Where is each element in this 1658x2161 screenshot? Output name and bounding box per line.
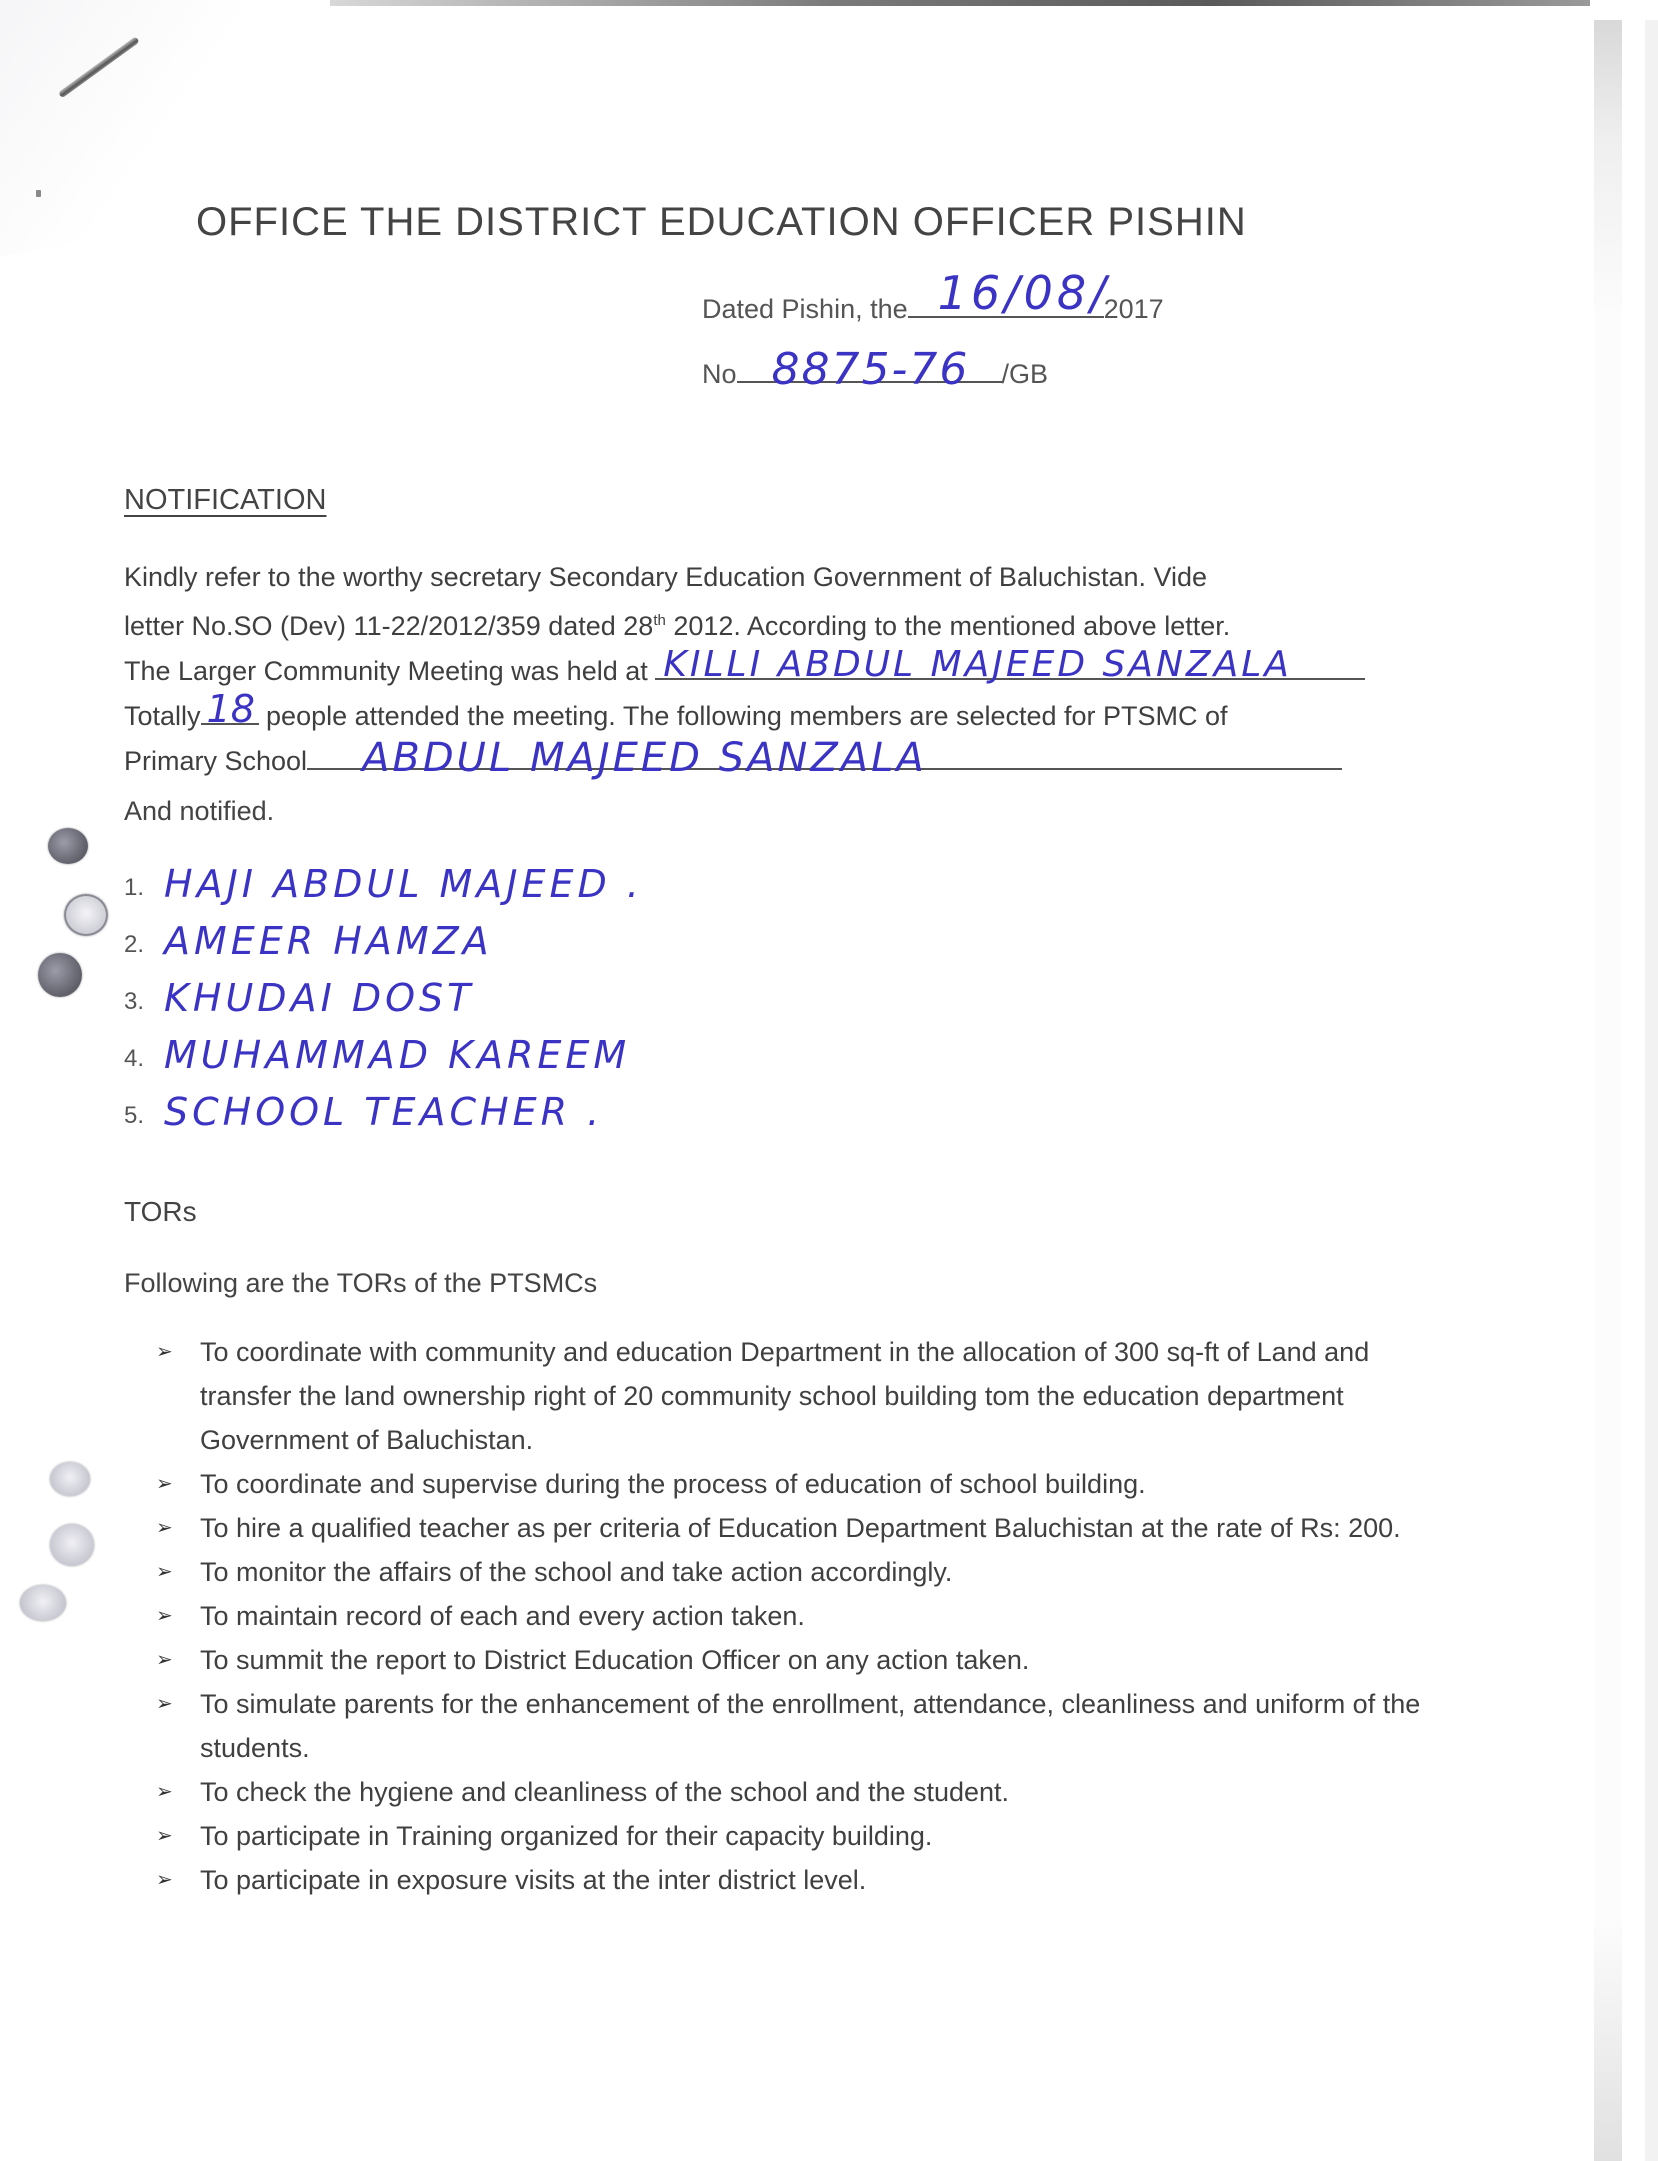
list-item: ➢To check the hygiene and cleanliness of… xyxy=(150,1770,1450,1814)
date-label: Dated Pishin, the xyxy=(702,294,908,324)
school-name-blank: ABDUL MAJEED SANZALA xyxy=(307,738,1342,770)
punch-hole-icon xyxy=(64,894,108,936)
paragraph-text: Primary School xyxy=(124,746,307,776)
list-item: ➢To coordinate and supervise during the … xyxy=(150,1462,1450,1506)
tor-text: To simulate parents for the enhancement … xyxy=(200,1689,1420,1763)
attendees-blank: 18 xyxy=(201,693,259,725)
paragraph-line: letter No.SO (Dev) 11-22/2012/359 dated … xyxy=(124,599,1454,648)
paragraph-line: Kindly refer to the worthy secretary Sec… xyxy=(124,556,1454,599)
paragraph-line: Primary SchoolABDUL MAJEED SANZALA xyxy=(124,738,1454,783)
list-item: 1.HAJI ABDUL MAJEED . xyxy=(124,860,643,917)
arrow-bullet-icon: ➢ xyxy=(156,1682,173,1726)
paragraph-text: people attended the meeting. The followi… xyxy=(259,701,1228,731)
letter-reference: letter No.SO (Dev) 11-22/2012/359 dated … xyxy=(124,611,653,641)
arrow-bullet-icon: ➢ xyxy=(156,1814,173,1858)
scan-edge-right-outer xyxy=(1645,20,1658,2161)
tor-text: To coordinate and supervise during the p… xyxy=(200,1469,1146,1499)
date-year: 2017 xyxy=(1104,294,1164,324)
member-name-handwritten: KHUDAI DOST xyxy=(164,976,474,1020)
list-item: 4.MUHAMMAD KAREEM xyxy=(124,1031,643,1088)
attendees-count-handwritten: 18 xyxy=(207,688,255,731)
school-name-handwritten: ABDUL MAJEED SANZALA xyxy=(362,737,927,780)
reference-number-line: No8875-76/GB xyxy=(702,357,1048,390)
number-suffix: /GB xyxy=(1002,359,1049,389)
paragraph-text: Totally xyxy=(124,701,201,731)
list-item: ➢To participate in Training organized fo… xyxy=(150,1814,1450,1858)
ordinal-suffix: th xyxy=(653,612,666,629)
number-handwritten: 8875-76 xyxy=(772,344,970,395)
member-number: 1. xyxy=(124,874,164,902)
list-item: ➢To maintain record of each and every ac… xyxy=(150,1594,1450,1638)
arrow-bullet-icon: ➢ xyxy=(156,1594,173,1638)
member-number: 5. xyxy=(124,1102,164,1130)
notification-heading: NOTIFICATION xyxy=(124,484,326,517)
tors-intro: Following are the TORs of the PTSMCs xyxy=(124,1268,597,1299)
member-list: 1.HAJI ABDUL MAJEED . 2.AMEER HAMZA 3.KH… xyxy=(124,860,643,1145)
list-item: ➢To simulate parents for the enhancement… xyxy=(150,1682,1450,1770)
member-name-handwritten: SCHOOL TEACHER . xyxy=(164,1090,603,1134)
tor-text: To participate in Training organized for… xyxy=(200,1821,932,1851)
scanned-page: OFFICE THE DISTRICT EDUCATION OFFICER PI… xyxy=(0,0,1658,2161)
meeting-place-handwritten: KILLI ABDUL MAJEED SANZALA xyxy=(663,643,1292,686)
date-blank: 16/08/ xyxy=(908,290,1104,318)
arrow-bullet-icon: ➢ xyxy=(156,1330,173,1374)
punch-hole-icon xyxy=(20,1585,66,1621)
meeting-place-blank: KILLI ABDUL MAJEED SANZALA xyxy=(655,648,1365,680)
list-item: ➢To monitor the affairs of the school an… xyxy=(150,1550,1450,1594)
member-name-handwritten: MUHAMMAD KAREEM xyxy=(164,1033,630,1077)
arrow-bullet-icon: ➢ xyxy=(156,1770,173,1814)
tor-text: To participate in exposure visits at the… xyxy=(200,1865,866,1895)
list-item: 5.SCHOOL TEACHER . xyxy=(124,1088,643,1145)
member-number: 4. xyxy=(124,1045,164,1073)
paragraph-text: 2012. According to the mentioned above l… xyxy=(666,611,1230,641)
tor-text: To maintain record of each and every act… xyxy=(200,1601,805,1631)
list-item: 3.KHUDAI DOST xyxy=(124,974,643,1031)
scan-speck xyxy=(36,190,41,197)
punch-hole-icon xyxy=(38,953,82,997)
list-item: ➢To hire a qualified teacher as per crit… xyxy=(150,1506,1450,1550)
member-number: 2. xyxy=(124,931,164,959)
member-name-handwritten: AMEER HAMZA xyxy=(164,919,493,963)
paragraph-text: The Larger Community Meeting was held at xyxy=(124,656,655,686)
number-blank: 8875-76 xyxy=(737,357,1002,383)
tors-heading: TORs xyxy=(124,1196,197,1228)
date-line: Dated Pishin, the16/08/2017 xyxy=(702,290,1164,325)
office-title: OFFICE THE DISTRICT EDUCATION OFFICER PI… xyxy=(196,200,1247,245)
notification-paragraph: Kindly refer to the worthy secretary Sec… xyxy=(124,556,1454,783)
paragraph-line: The Larger Community Meeting was held at… xyxy=(124,648,1454,693)
arrow-bullet-icon: ➢ xyxy=(156,1462,173,1506)
list-item: ➢To summit the report to District Educat… xyxy=(150,1638,1450,1682)
tor-text: To check the hygiene and cleanliness of … xyxy=(200,1777,1009,1807)
arrow-bullet-icon: ➢ xyxy=(156,1858,173,1902)
notified-text: And notified. xyxy=(124,796,274,827)
arrow-bullet-icon: ➢ xyxy=(156,1550,173,1594)
punch-hole-icon xyxy=(48,828,88,864)
scan-edge-top xyxy=(330,0,1590,6)
tor-text: To summit the report to District Educati… xyxy=(200,1645,1029,1675)
arrow-bullet-icon: ➢ xyxy=(156,1638,173,1682)
tor-text: To hire a qualified teacher as per crite… xyxy=(200,1513,1401,1543)
tor-text: To coordinate with community and educati… xyxy=(200,1337,1369,1455)
tors-list: ➢To coordinate with community and educat… xyxy=(150,1330,1450,1902)
tor-text: To monitor the affairs of the school and… xyxy=(200,1557,952,1587)
arrow-bullet-icon: ➢ xyxy=(156,1506,173,1550)
punch-hole-icon xyxy=(50,1524,94,1566)
list-item: ➢To participate in exposure visits at th… xyxy=(150,1858,1450,1902)
scan-edge-right xyxy=(1594,20,1622,2161)
paragraph-line: Totally18 people attended the meeting. T… xyxy=(124,693,1454,738)
number-label: No xyxy=(702,359,737,389)
member-number: 3. xyxy=(124,988,164,1016)
punch-hole-icon xyxy=(50,1462,90,1496)
member-name-handwritten: HAJI ABDUL MAJEED . xyxy=(164,862,643,906)
list-item: ➢To coordinate with community and educat… xyxy=(150,1330,1450,1462)
date-handwritten: 16/08/ xyxy=(938,266,1110,320)
list-item: 2.AMEER HAMZA xyxy=(124,917,643,974)
